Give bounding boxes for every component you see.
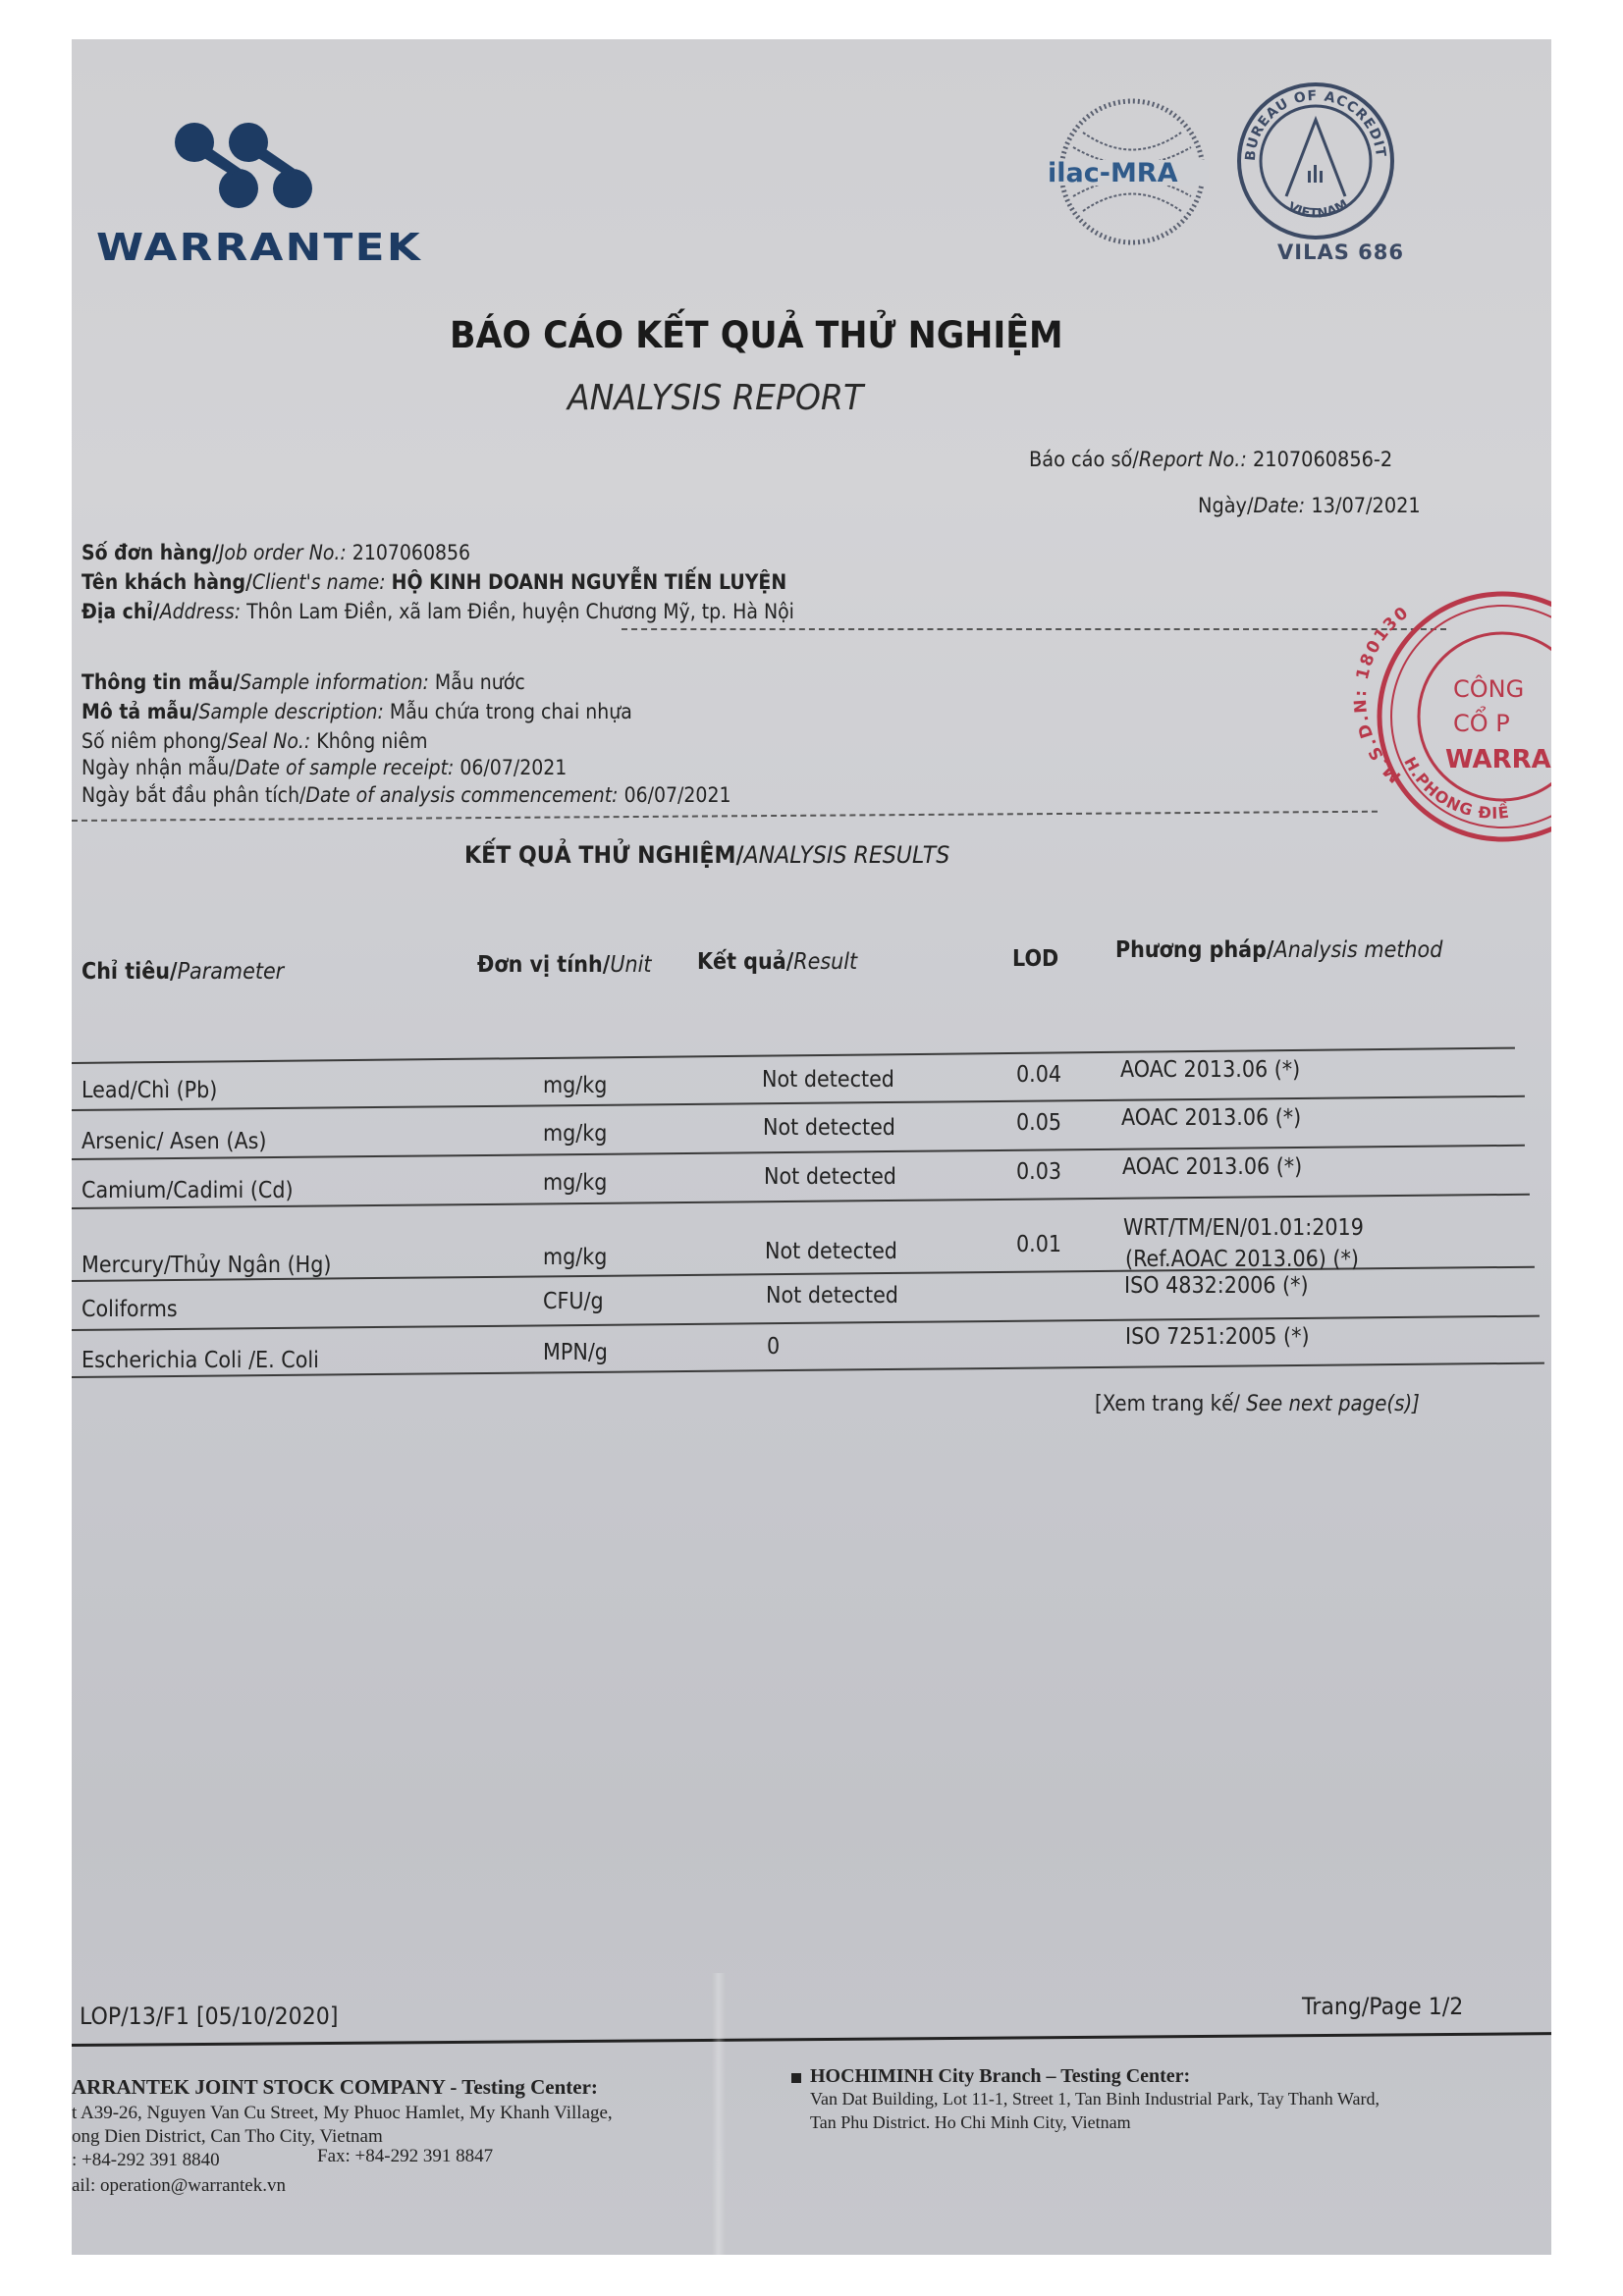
- bureau-of-accreditation-seal-icon: BUREAU OF ACCREDITATION VIETNAM: [1235, 80, 1397, 242]
- job-order-label-vn: Số đơn hàng/: [81, 541, 219, 564]
- svg-text:WARRA: WARRA: [1445, 745, 1551, 774]
- hq-email: ail: operation@warrantek.vn: [72, 2175, 286, 2197]
- column-header-parameter-vn: Chỉ tiêu/: [81, 959, 178, 985]
- cell-result: 0: [767, 1334, 780, 1360]
- svg-text:ilac-MRA: ilac-MRA: [1048, 158, 1178, 188]
- cell-result: Not detected: [766, 1283, 898, 1308]
- see-next-page-en: See next page(s)]: [1246, 1392, 1420, 1416]
- column-header-method-en: Analysis method: [1274, 937, 1443, 963]
- sample-desc-label-en: Sample description:: [199, 700, 384, 723]
- report-number-label-vn: Báo cáo số/: [1029, 448, 1139, 471]
- receipt-label-vn: Ngày nhận mẫu/: [81, 756, 236, 779]
- cell-unit: CFU/g: [543, 1289, 604, 1314]
- cell-parameter: Arsenic/ Asen (As): [81, 1129, 266, 1154]
- column-header-result-vn: Kết quả/: [697, 949, 793, 975]
- column-header-result: Kết quả/Result: [697, 949, 857, 975]
- vilas-code: VILAS 686: [1277, 240, 1404, 264]
- report-title-vn: BÁO CÁO KẾT QUẢ THỬ NGHIỆM: [450, 314, 1063, 356]
- client-name: Tên khách hàng/Client's name: HỘ KINH DO…: [81, 570, 786, 594]
- svg-text:CỔ P: CỔ P: [1453, 705, 1510, 737]
- job-order-value: 2107060856: [352, 541, 470, 564]
- report-date-label-en: Date:: [1254, 494, 1306, 517]
- sample-description: Mô tả mẫu/Sample description: Mẫu chứa t…: [81, 700, 632, 723]
- cell-result: Not detected: [762, 1067, 894, 1093]
- seal-label-vn: Số niêm phong/: [81, 729, 228, 753]
- sample-desc-value: Mẫu chứa trong chai nhựa: [390, 700, 632, 723]
- table-row-rule: [72, 1315, 1540, 1331]
- cell-unit: mg/kg: [543, 1073, 607, 1098]
- column-header-result-en: Result: [793, 949, 857, 975]
- report-title-en: ANALYSIS REPORT: [568, 378, 863, 418]
- column-header-unit: Đơn vị tính/Unit: [477, 952, 651, 978]
- results-title-vn: KẾT QUẢ THỬ NGHIỆM/: [464, 841, 744, 869]
- hq-address-line2: ong Dien District, Can Tho City, Vietnam: [72, 2126, 383, 2148]
- report-page: WARRANTEK ilac-MRA BUREAU OF ACCREDITATI…: [72, 39, 1551, 2255]
- report-number: Báo cáo số/Report No.: 2107060856-2: [1029, 448, 1392, 471]
- cell-parameter: Coliforms: [81, 1297, 178, 1322]
- company-stamp-icon: M.S.D.N: 180130 H.PHONG ĐIỀ CÔNG CỔ P WA…: [1335, 589, 1551, 874]
- cell-result: Not detected: [763, 1115, 895, 1141]
- report-date-value: 13/07/2021: [1311, 494, 1420, 517]
- seal-number: Số niêm phong/Seal No.: Không niêm: [81, 729, 427, 753]
- receipt-value: 06/07/2021: [460, 756, 567, 779]
- cell-method: AOAC 2013.06 (*): [1120, 1057, 1300, 1083]
- cell-method: AOAC 2013.06 (*): [1122, 1154, 1302, 1180]
- analysis-commencement-date: Ngày bắt đầu phân tích/Date of analysis …: [81, 783, 731, 807]
- hq-address-line1: t A39-26, Nguyen Van Cu Street, My Phuoc…: [72, 2103, 613, 2124]
- cell-method: ISO 4832:2006 (*): [1124, 1273, 1309, 1299]
- cell-parameter: Mercury/Thủy Ngân (Hg): [81, 1253, 331, 1278]
- see-next-page-note: [Xem trang kế/ See next page(s)]: [1095, 1392, 1420, 1416]
- address-dashed-line: [622, 628, 1446, 630]
- sample-dashed-line: [72, 811, 1378, 822]
- bullet-icon: [791, 2073, 801, 2083]
- sample-information: Thông tin mẫu/Sample information: Mẫu nư…: [81, 670, 525, 694]
- cell-lod: 0.03: [1016, 1159, 1061, 1185]
- job-order-label-en: Job order No.:: [219, 541, 347, 564]
- form-code: LOP/13/F1 [05/10/2020]: [80, 2002, 338, 2030]
- column-header-parameter-en: Parameter: [178, 959, 285, 985]
- cell-result: Not detected: [765, 1239, 897, 1264]
- svg-text:CÔNG: CÔNG: [1453, 673, 1524, 703]
- table-row-rule: [72, 1095, 1525, 1111]
- cell-unit: mg/kg: [543, 1245, 607, 1270]
- cell-method-line2: (Ref.AOAC 2013.06) (*): [1125, 1247, 1359, 1272]
- column-header-unit-vn: Đơn vị tính/: [477, 952, 610, 978]
- ilac-mra-seal-icon: ilac-MRA: [1044, 93, 1211, 250]
- hq-title: ARRANTEK JOINT STOCK COMPANY - Testing C…: [72, 2075, 598, 2100]
- see-next-page-vn: [Xem trang kế/: [1095, 1392, 1240, 1416]
- client-address: Địa chỉ/Address: Thôn Lam Điền, xã lam Đ…: [81, 600, 794, 623]
- cell-parameter: Lead/Chì (Pb): [81, 1078, 217, 1103]
- client-name-value: HỘ KINH DOANH NGUYỄN TIẾN LUYỆN: [392, 570, 786, 594]
- hq-fax: Fax: +84-292 391 8847: [317, 2146, 493, 2167]
- results-title: KẾT QUẢ THỬ NGHIỆM/ANALYSIS RESULTS: [464, 841, 949, 869]
- results-title-en: ANALYSIS RESULTS: [744, 841, 950, 869]
- column-header-method-vn: Phương pháp/: [1115, 937, 1274, 963]
- client-label-vn: Tên khách hàng/: [81, 570, 252, 594]
- cell-lod: 0.04: [1016, 1062, 1061, 1088]
- page-number: Trang/Page 1/2: [1302, 1993, 1463, 2020]
- branch-title: HOCHIMINH City Branch – Testing Center:: [810, 2065, 1190, 2088]
- hq-phone: : +84-292 391 8840: [72, 2150, 220, 2171]
- analysis-date-label-vn: Ngày bắt đầu phân tích/: [81, 783, 305, 807]
- report-date-label-vn: Ngày/: [1198, 494, 1254, 517]
- cell-unit: mg/kg: [543, 1170, 607, 1196]
- receipt-label-en: Date of sample receipt:: [236, 756, 455, 779]
- seal-value: Không niêm: [316, 729, 427, 753]
- cell-method: ISO 7251:2005 (*): [1125, 1324, 1310, 1350]
- warrantek-logo-icon: [170, 118, 317, 216]
- column-header-parameter: Chỉ tiêu/Parameter: [81, 959, 284, 985]
- job-order: Số đơn hàng/Job order No.: 2107060856: [81, 541, 470, 564]
- analysis-date-label-en: Date of analysis commencement:: [305, 783, 618, 807]
- branch-address-line2: Tan Phu District. Ho Chi Minh City, Viet…: [810, 2112, 1131, 2133]
- cell-method: AOAC 2013.06 (*): [1121, 1105, 1301, 1131]
- cell-parameter: Camium/Cadimi (Cd): [81, 1178, 294, 1203]
- cell-method: WRT/TM/EN/01.01:2019: [1123, 1215, 1364, 1241]
- client-label-en: Client's name:: [252, 570, 386, 594]
- sample-info-value: Mẫu nước: [435, 670, 525, 694]
- company-logo-text: WARRANTEK: [96, 226, 422, 269]
- sample-desc-label-vn: Mô tả mẫu/: [81, 700, 199, 723]
- table-row-rule: [72, 1145, 1525, 1160]
- svg-text:VIETNAM: VIETNAM: [1285, 197, 1351, 222]
- sample-info-label-vn: Thông tin mẫu/: [81, 670, 240, 694]
- cell-parameter: Escherichia Coli /E. Coli: [81, 1348, 319, 1373]
- sample-info-label-en: Sample information:: [240, 670, 429, 694]
- column-header-unit-en: Unit: [610, 952, 651, 978]
- report-date: Ngày/Date: 13/07/2021: [1198, 494, 1421, 517]
- address-value: Thôn Lam Điền, xã lam Điền, huyện Chương…: [246, 600, 794, 623]
- cell-lod: 0.05: [1016, 1110, 1061, 1136]
- address-label-en: Address:: [160, 600, 241, 623]
- branch-address-line1: Van Dat Building, Lot 11-1, Street 1, Ta…: [810, 2089, 1380, 2109]
- cell-result: Not detected: [764, 1164, 896, 1190]
- sample-receipt-date: Ngày nhận mẫu/Date of sample receipt: 06…: [81, 756, 567, 779]
- column-header-method: Phương pháp/Analysis method: [1115, 937, 1442, 963]
- paper-fold-shadow: [712, 1973, 726, 2255]
- svg-text:BUREAU OF ACCREDITATION: BUREAU OF ACCREDITATION: [1235, 80, 1388, 161]
- cell-unit: mg/kg: [543, 1121, 607, 1147]
- analysis-date-value: 06/07/2021: [624, 783, 731, 807]
- seal-label-en: Seal No.:: [228, 729, 311, 753]
- cell-lod: 0.01: [1016, 1232, 1061, 1257]
- address-label-vn: Địa chỉ/: [81, 600, 160, 623]
- report-number-value: 2107060856-2: [1253, 448, 1392, 471]
- report-number-label-en: Report No.:: [1139, 448, 1247, 471]
- column-header-lod: LOD: [1012, 946, 1058, 972]
- cell-unit: MPN/g: [543, 1340, 608, 1365]
- footer-rule: [72, 2032, 1551, 2047]
